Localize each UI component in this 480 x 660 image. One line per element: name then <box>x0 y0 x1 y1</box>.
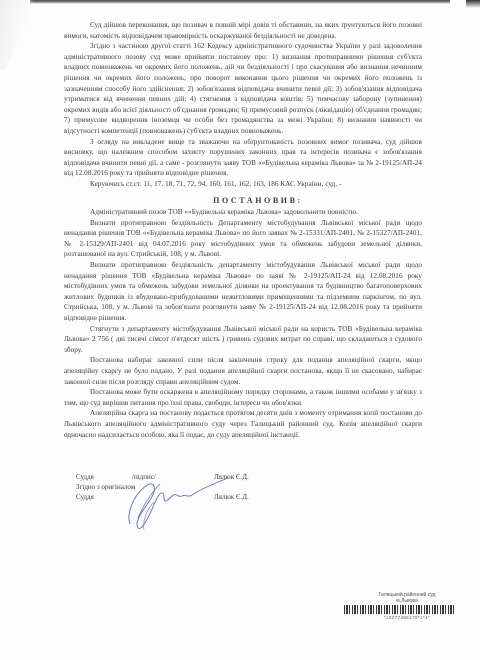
paragraph: Згідно з частиною другої статті 162 Коде… <box>64 41 422 136</box>
paragraph: З огляду на викладене вище та зважаючи н… <box>64 137 422 179</box>
document-page: Суд дійшов переконання, що позивач в пов… <box>0 0 480 660</box>
paper-fold <box>0 0 36 70</box>
scan-corner-shadow <box>466 0 480 8</box>
judge-title: Суддя <box>76 472 94 482</box>
resolution-item: Визнати протиправною бездіяльність депар… <box>64 260 422 324</box>
barcode-number: *13277465170*1*1* <box>352 615 462 620</box>
resolution-item: Апеляційна скарга на постанову подається… <box>64 408 422 440</box>
paragraph: Керуючись ст.ст. 11, 17, 18, 71, 72, 94,… <box>64 179 422 190</box>
resolution-item: Адміністративний позов ТОВ ««Будівельна … <box>64 207 422 218</box>
court-stamp: Галицький районний суд м.Львова *1327746… <box>352 592 462 620</box>
barcode-icon <box>344 605 456 614</box>
judge-title: Суддя <box>76 492 94 502</box>
resolution-item: Постанова набирає законної сили після за… <box>64 355 422 387</box>
stamp-city: м.Львова <box>352 598 462 604</box>
scan-edge-shadow <box>30 0 450 4</box>
resolution-item: Визнати протиправною бездіяльність Депар… <box>64 218 422 260</box>
ruling-body: Суд дійшов переконання, що позивач в пов… <box>64 20 422 440</box>
resolution-item: Стягнути з департаменту містобудування Л… <box>64 324 422 356</box>
resolution-heading: ПОСТАНОВИВ: <box>64 196 422 207</box>
paragraph: Суд дійшов переконання, що позивач в пов… <box>64 20 422 41</box>
resolution-item: Постанова може бути оскаржена в апеляцій… <box>64 387 422 408</box>
handwritten-signature-icon <box>124 474 234 534</box>
